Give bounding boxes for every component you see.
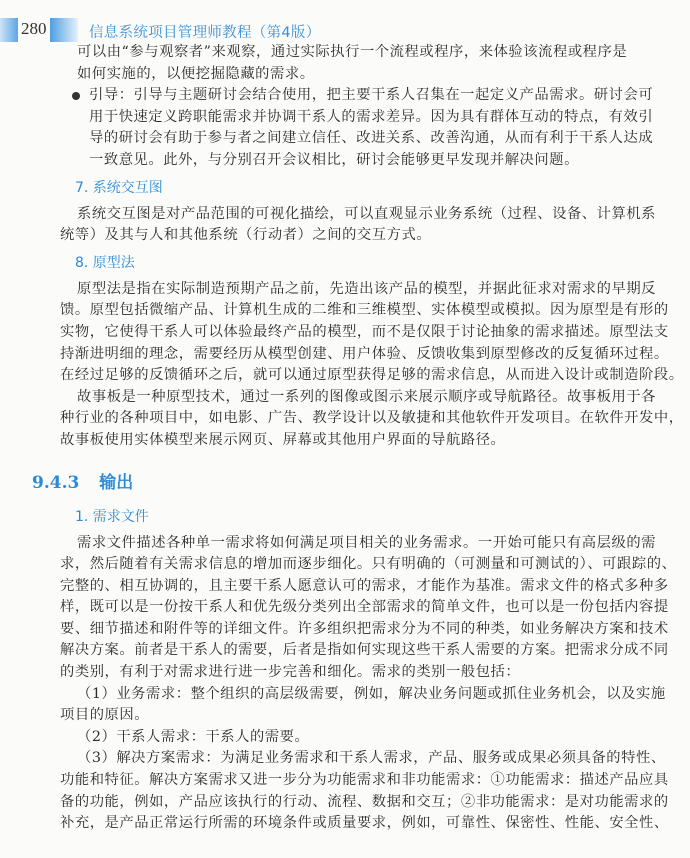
text-line: （1）业务需求：整个组织的高层级需要，例如，解决业务问题或抓住业务机会，以及实施 xyxy=(60,684,672,706)
text-line: 系统交互图是对产品范围的可视化描绘，可以直观显示业务系统（过程、设备、计算机系 xyxy=(60,204,672,226)
heading-system-interaction-diagram: 7. 系统交互图 xyxy=(60,177,672,199)
section7-paragraph: 系统交互图是对产品范围的可视化描绘，可以直观显示业务系统（过程、设备、计算机系 … xyxy=(60,204,672,247)
header-decor-bar-right xyxy=(50,18,78,42)
section8-paragraph-2: 故事板是一种原型技术，通过一系列的图像或图示来展示顺序或导航路径。故事板用于各 … xyxy=(60,387,672,452)
text-line: 的类别，有利于对需求进行进一步完善和细化。需求的类别一般包括： xyxy=(60,662,672,684)
text-line: 求，然后随着有关需求信息的增加而逐步细化。只有明确的（可测量和可测试的）、可跟踪… xyxy=(60,554,672,576)
text-line: 功能和特征。解决方案需求又进一步分为功能需求和非功能需求：①功能需求：描述产品应… xyxy=(60,770,672,792)
text-line: 解决方案。前者是干系人的需要，后者是指如何实现这些干系人需要的方案。把需求分成不… xyxy=(60,640,672,662)
text-line: 持渐进明细的理念，需要经历从模型创建、用户体验、反馈收集到原型修改的反复循环过程… xyxy=(60,344,672,366)
section-title: 输出 xyxy=(99,473,133,493)
section8-paragraph-1: 原型法是指在实际制造预期产品之前，先造出该产品的模型，并据此征求对需求的早期反 … xyxy=(60,279,672,387)
text-line: 实物，它使得干系人可以体验最终产品的模型，而不是仅限于讨论抽象的需求描述。原型法… xyxy=(60,322,672,344)
page-number: 280 xyxy=(21,19,47,39)
text-line: 补充，是产品正常运行所需的环境条件或质量要求，例如，可靠性、保密性、性能、安全性… xyxy=(60,813,672,835)
text-line: 完整的、相互协调的，且主要干系人愿意认可的需求，才能作为基准。需求文件的格式多种… xyxy=(60,576,672,598)
text-line: 要、细节描述和附件等的详细文件。许多组织把需求分为不同的种类，如业务解决方案和技… xyxy=(60,619,672,641)
text-line: （2）干系人需求：干系人的需要。 xyxy=(60,727,672,749)
heading-requirements-documentation: 1. 需求文件 xyxy=(60,506,672,528)
section-number: 9.4.3 xyxy=(32,473,79,493)
text-line: 备的功能，例如，产品应该执行的行动、流程、数据和交互；②非功能需求：是对功能需求… xyxy=(60,792,672,814)
text-line: 一致意见。此外，与分别召开会议相比，研讨会能够更早发现并解决问题。 xyxy=(60,150,672,172)
item-stakeholder-requirements: （2）干系人需求：干系人的需要。 xyxy=(60,727,672,749)
text-line: 馈。原型包括微缩产品、计算机生成的二维和三维模型、实体模型或模拟。因为原型是有形… xyxy=(60,300,672,322)
book-title: 信息系统项目管理师教程（第4版） xyxy=(89,21,321,42)
requirements-paragraph: 需求文件描述各种单一需求将如何满足项目相关的业务需求。一开始可能只有高层级的需 … xyxy=(60,533,672,684)
bullet-facilitation: 引导：引导与主题研讨会结合使用，把主要干系人召集在一起定义产品需求。研讨会可 用… xyxy=(60,85,672,171)
item-business-requirements: （1）业务需求：整个组织的高层级需要，例如，解决业务问题或抓住业务机会，以及实施… xyxy=(60,684,672,727)
text-line: 用于快速定义跨职能需求并协调干系人的需求差异。因为具有群体互动的特点，有效引 xyxy=(60,107,672,129)
text-line: 样，既可以是一份按干系人和优先级分类列出全部需求的简单文件，也可以是一份包括内容… xyxy=(60,597,672,619)
text-line: 如何实施的，以便挖掘隐藏的需求。 xyxy=(60,64,672,86)
text-line: 需求文件描述各种单一需求将如何满足项目相关的业务需求。一开始可能只有高层级的需 xyxy=(60,533,672,555)
text-line: 统等）及其与人和其他系统（行动者）之间的交互方式。 xyxy=(60,225,672,247)
bullet-dot-icon xyxy=(72,92,80,100)
page-body: 可以由“参与观察者”来观察，通过实际执行一个流程或程序，来体验该流程或程序是 如… xyxy=(60,42,672,835)
text-line: 种行业的各种项目中，如电影、广告、教学设计以及敏捷和其他软件开发项目。在软件开发… xyxy=(60,408,672,430)
header-decor-bar-left xyxy=(0,18,18,42)
section-heading-outputs: 9.4.3 输出 xyxy=(32,468,672,498)
text-line: 故事板使用实体模型来展示网页、屏幕或其他用户界面的导航路径。 xyxy=(60,430,672,452)
text-line: 可以由“参与观察者”来观察，通过实际执行一个流程或程序，来体验该流程或程序是 xyxy=(60,42,672,64)
text-line: 原型法是指在实际制造预期产品之前，先造出该产品的模型，并据此征求对需求的早期反 xyxy=(60,279,672,301)
text-line: 在经过足够的反馈循环之后，就可以通过原型获得足够的需求信息，从而进入设计或制造阶… xyxy=(60,365,672,387)
text-line: （3）解决方案需求：为满足业务需求和干系人需求，产品、服务或成果必须具备的特性、 xyxy=(60,748,672,770)
text-line: 引导：引导与主题研讨会结合使用，把主要干系人召集在一起定义产品需求。研讨会可 xyxy=(89,87,653,103)
bullet-line: 引导：引导与主题研讨会结合使用，把主要干系人召集在一起定义产品需求。研讨会可 xyxy=(60,85,672,107)
continuation-paragraph: 可以由“参与观察者”来观察，通过实际执行一个流程或程序，来体验该流程或程序是 如… xyxy=(60,42,672,85)
text-line: 导的研讨会有助于参与者之间建立信任、改进关系、改善沟通，从而有利于干系人达成 xyxy=(60,128,672,150)
text-line: 故事板是一种原型技术，通过一系列的图像或图示来展示顺序或导航路径。故事板用于各 xyxy=(60,387,672,409)
text-line: 项目的原因。 xyxy=(60,705,672,727)
page-header: 280 信息系统项目管理师教程（第4版） xyxy=(0,18,690,44)
heading-prototyping: 8. 原型法 xyxy=(60,252,672,274)
item-solution-requirements: （3）解决方案需求：为满足业务需求和干系人需求，产品、服务或成果必须具备的特性、… xyxy=(60,748,672,834)
